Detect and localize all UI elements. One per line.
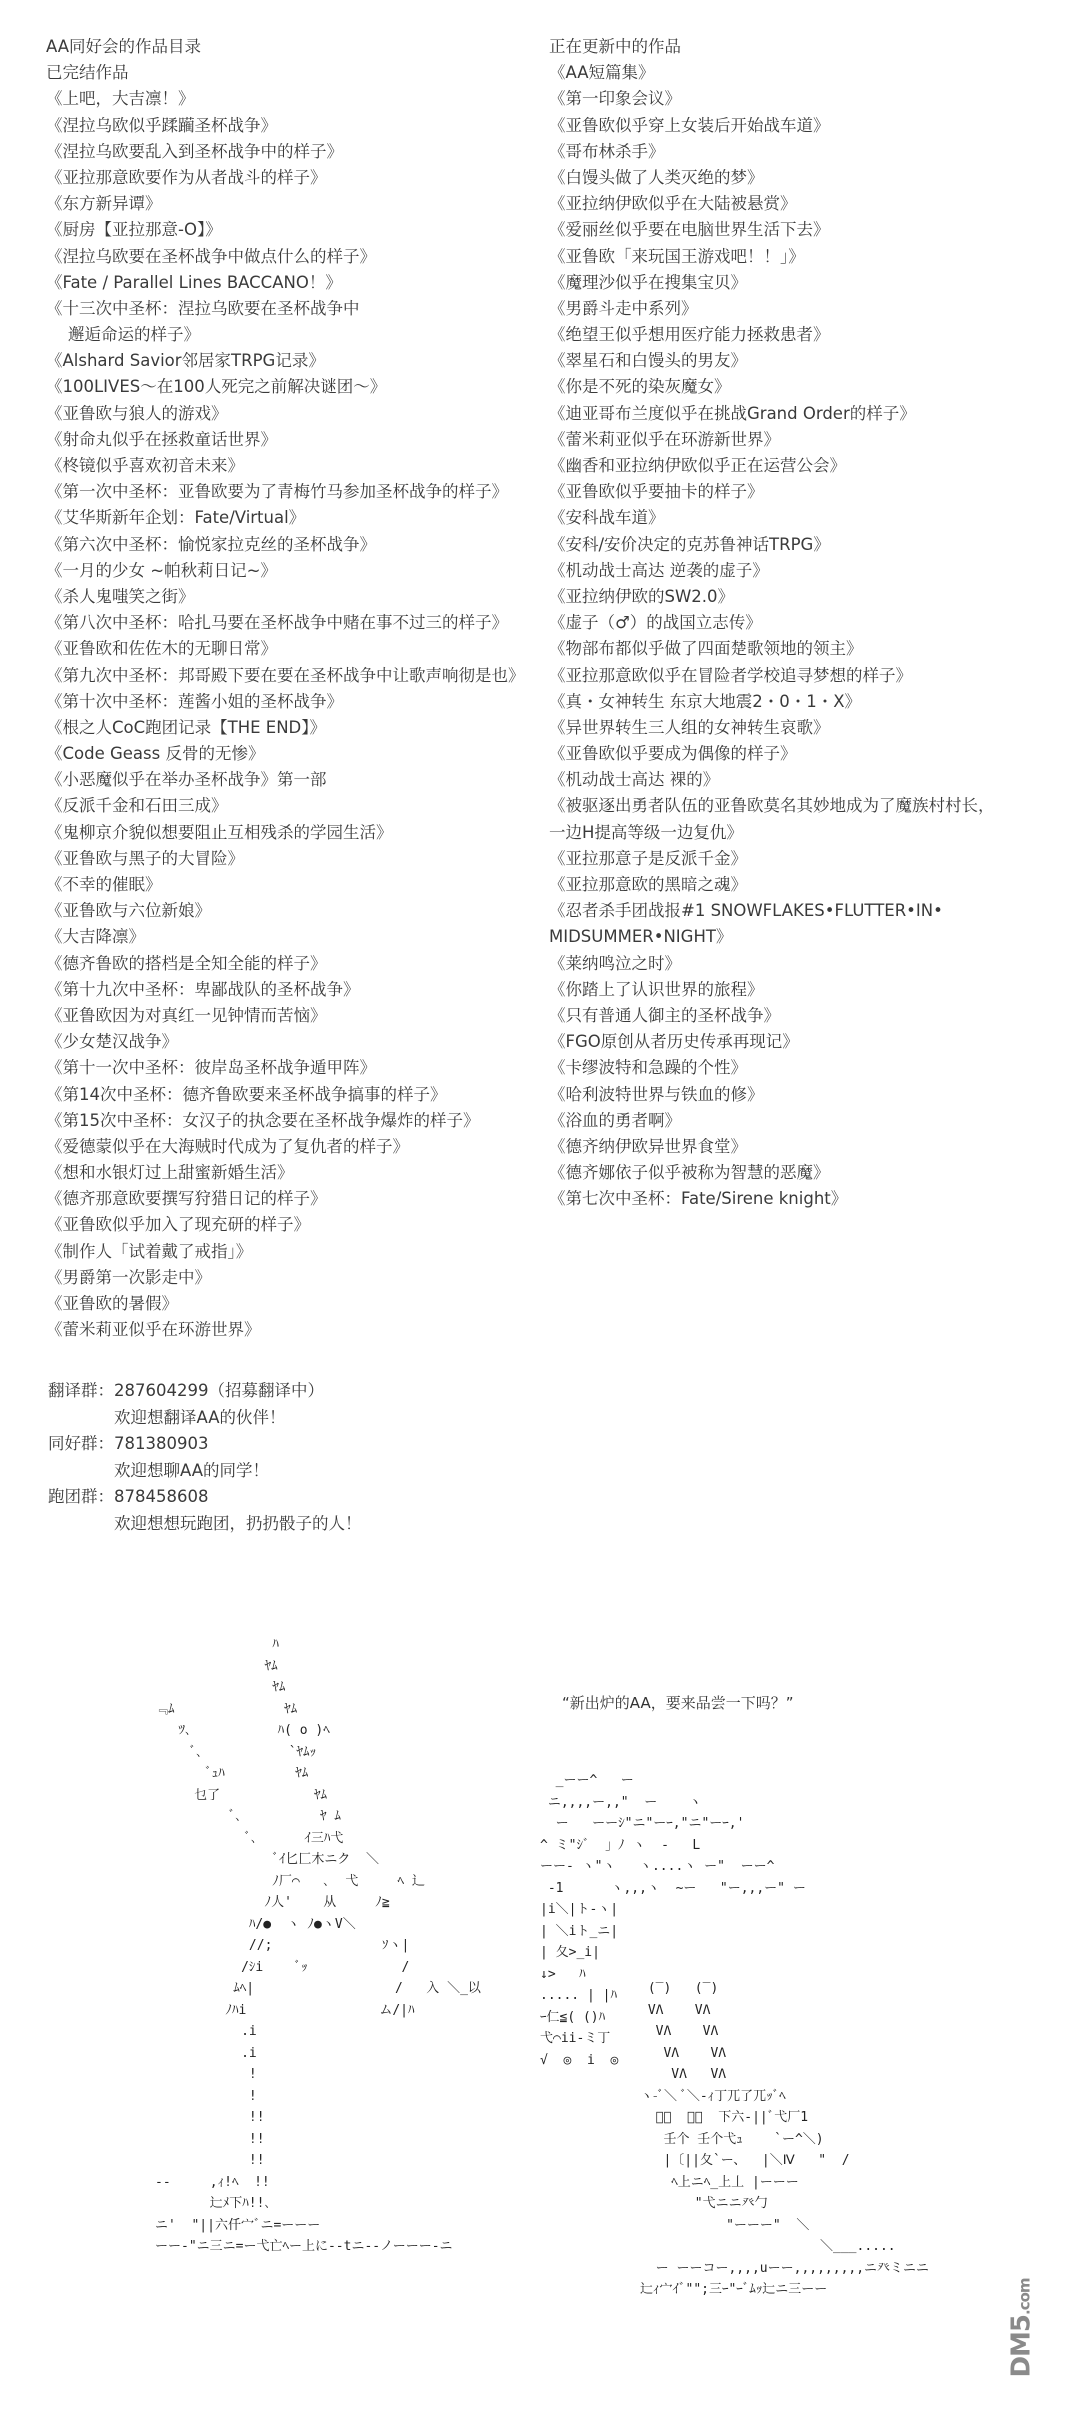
site-watermark-logo: DM5.com — [1022, 2258, 1062, 2398]
work-title: 《柊镜似乎喜欢初音未来》 — [46, 453, 525, 479]
work-title: 《亚拉那意子是反派千金》 — [549, 846, 995, 872]
work-title: 《幽香和亚拉纳伊欧似乎正在运营公会》 — [549, 453, 995, 479]
work-title: 《十三次中圣杯：涅拉乌欧要在圣杯战争中 — [46, 296, 525, 322]
work-title: 《鬼柳京介貌似想要阻止互相残杀的学园生活》 — [46, 820, 525, 846]
work-title: 《哥布林杀手》 — [549, 139, 995, 165]
work-title: 《第14次中圣杯：德齐鲁欧要来圣杯战争搞事的样子》 — [46, 1082, 525, 1108]
contact-trpg: 跑团群：878458608 欢迎想想玩跑团，扔扔骰子的人！ — [48, 1484, 362, 1537]
work-title: 《德齐娜依子似乎被称为智慧的恶魔》 — [549, 1160, 995, 1186]
work-title: 《安科战车道》 — [549, 505, 995, 531]
work-title: 《涅拉乌欧似乎蹂躏圣杯战争》 — [46, 113, 525, 139]
work-title: 《小恶魔似乎在举办圣杯战争》第一部 — [46, 767, 525, 793]
work-title: 《亚鲁欧与狼人的游戏》 — [46, 401, 525, 427]
work-title: 《虚子（♂）的战国立志传》 — [549, 610, 995, 636]
updating-heading: 正在更新中的作品 — [549, 34, 995, 60]
work-title: 《艾华斯新年企划：Fate/Virtual》 — [46, 505, 525, 531]
ascii-art-character-tree: ﾊ ﾔﾑ ﾔﾑ ﹃ﾑ ﾔﾑ ﾂ､ ﾊ( o )ﾍ ﾞ､ `ﾔﾑｯ ﾞｭﾊ ﾔﾑ … — [155, 1634, 481, 2258]
work-title: 《绝望王似乎想用医疗能力拯救患者》 — [549, 322, 995, 348]
work-title: 《翠星石和白馒头的男友》 — [549, 348, 995, 374]
work-title: 《第七次中圣杯：Fate/Sirene knight》 — [549, 1186, 995, 1212]
work-title: MIDSUMMER•NIGHT》 — [549, 924, 995, 950]
work-title: 《涅拉乌欧要在圣杯战争中做点什么的样子》 — [46, 244, 525, 270]
work-title: 《白馒头做了人类灭绝的梦》 — [549, 165, 995, 191]
work-title: 《哈利波特世界与铁血的修》 — [549, 1082, 995, 1108]
completed-heading: 已完结作品 — [46, 60, 525, 86]
work-title: 《射命丸似乎在拯救童话世界》 — [46, 427, 525, 453]
work-title: 《亚鲁欧「来玩国王游戏吧！！」》 — [549, 244, 995, 270]
work-title: 《反派千金和石田三成》 — [46, 793, 525, 819]
completed-works-list: 《上吧，大吉凛！》《涅拉乌欧似乎蹂躏圣杯战争》《涅拉乌欧要乱入到圣杯战争中的样子… — [46, 86, 525, 1343]
updating-works-column: 正在更新中的作品 《AA短篇集》《第一印象会议》《亚鲁欧似乎穿上女装后开始战车道… — [549, 34, 995, 1212]
work-title: 《蕾米莉亚似乎在环游世界》 — [46, 1317, 525, 1343]
work-title: 《想和水银灯过上甜蜜新婚生活》 — [46, 1160, 525, 1186]
contact-note: 欢迎想聊AA的同学！ — [48, 1458, 362, 1485]
work-title: 《只有普通人御主的圣杯战争》 — [549, 1003, 995, 1029]
contact-number: 287604299（招募翻译中） — [114, 1381, 324, 1400]
work-title: 《Code Geass 反骨的无惨》 — [46, 741, 525, 767]
work-title: 《大吉降凛》 — [46, 924, 525, 950]
contact-label: 同好群： — [48, 1431, 114, 1458]
work-title: 《第一印象会议》 — [549, 86, 995, 112]
work-title: 《亚鲁欧似乎要成为偶像的样子》 — [549, 741, 995, 767]
work-title: 《上吧，大吉凛！》 — [46, 86, 525, 112]
contact-translation: 翻译群：287604299（招募翻译中） 欢迎想翻译AA的伙伴！ — [48, 1378, 362, 1431]
catalog-title: AA同好会的作品目录 — [46, 34, 525, 60]
work-title: 《东方新异谭》 — [46, 191, 525, 217]
work-title: 《厨房【亚拉那意-O】》 — [46, 217, 525, 243]
work-title: 《亚鲁欧似乎穿上女装后开始战车道》 — [549, 113, 995, 139]
work-title: 《被驱逐出勇者队伍的亚鲁欧莫名其妙地成为了魔族村村长， — [549, 793, 995, 819]
work-title: 《亚拉纳伊欧的SW2.0》 — [549, 584, 995, 610]
work-title: 《安科/安价决定的克苏鲁神话TRPG》 — [549, 532, 995, 558]
work-title: 《机动战士高达 裸的》 — [549, 767, 995, 793]
work-title: 《浴血的勇者啊》 — [549, 1108, 995, 1134]
work-title: 《亚拉那意欧的黑暗之魂》 — [549, 872, 995, 898]
ascii-art-owls: (‾) (‾) VΛ VΛ VΛ VΛ VΛ VΛ VΛ VΛ ヽ-ﾞ＼ ﾞ＼-… — [640, 1978, 929, 2301]
work-title: 邂逅命运的样子》 — [46, 322, 525, 348]
contact-label: 翻译群： — [48, 1378, 114, 1405]
work-title: 《男爵斗走中系列》 — [549, 296, 995, 322]
contact-number: 781380903 — [114, 1434, 208, 1453]
completed-works-column: AA同好会的作品目录 已完结作品 《上吧，大吉凛！》《涅拉乌欧似乎蹂躏圣杯战争》… — [46, 34, 525, 1343]
work-title: 《制作人「试着戴了戒指」》 — [46, 1239, 525, 1265]
work-title: 《迪亚哥布兰度似乎在挑战Grand Order的样子》 — [549, 401, 995, 427]
contact-number: 878458608 — [114, 1487, 208, 1506]
work-title: 《Fate / Parallel Lines BACCANO！》 — [46, 270, 525, 296]
work-title: 《爱德蒙似乎在大海贼时代成为了复仇者的样子》 — [46, 1134, 525, 1160]
work-title: 《莱纳鸣泣之时》 — [549, 951, 995, 977]
work-title: 《FGO原创从者历史传承再现记》 — [549, 1029, 995, 1055]
work-title: 《第十九次中圣杯：卑鄙战队的圣杯战争》 — [46, 977, 525, 1003]
work-title: 《AA短篇集》 — [549, 60, 995, 86]
contact-label: 跑团群： — [48, 1484, 114, 1511]
updating-works-list: 《AA短篇集》《第一印象会议》《亚鲁欧似乎穿上女装后开始战车道》《哥布林杀手》《… — [549, 60, 995, 1212]
work-title: 《你是不死的染灰魔女》 — [549, 374, 995, 400]
work-title: 《德齐那意欧要撰写狩猎日记的样子》 — [46, 1186, 525, 1212]
work-title: 《一月的少女 ~帕秋莉日记~》 — [46, 558, 525, 584]
work-title: 《少女楚汉战争》 — [46, 1029, 525, 1055]
work-title: 《魔理沙似乎在搜集宝贝》 — [549, 270, 995, 296]
contact-fans: 同好群：781380903 欢迎想聊AA的同学！ — [48, 1431, 362, 1484]
work-title: 《真・女神转生 东京大地震2・0・1・X》 — [549, 689, 995, 715]
work-title: 《100LIVES～在100人死完之前解决谜团～》 — [46, 374, 525, 400]
work-title: 《亚鲁欧与黑子的大冒险》 — [46, 846, 525, 872]
work-title: 《德齐鲁欧的搭档是全知全能的样子》 — [46, 951, 525, 977]
work-title: 《亚拉那意欧要作为从者战斗的样子》 — [46, 165, 525, 191]
work-title: 《亚拉那意欧似乎在冒险者学校追寻梦想的样子》 — [549, 663, 995, 689]
work-title: 《第一次中圣杯：亚鲁欧要为了青梅竹马参加圣杯战争的样子》 — [46, 479, 525, 505]
work-title: 《亚拉纳伊欧似乎在大陆被悬赏》 — [549, 191, 995, 217]
work-title: 《物部布都似乎做了四面楚歌领地的领主》 — [549, 636, 995, 662]
work-title: 《第六次中圣杯：愉悦家拉克丝的圣杯战争》 — [46, 532, 525, 558]
work-title: 《第15次中圣杯：女汉子的执念要在圣杯战争爆炸的样子》 — [46, 1108, 525, 1134]
work-title: 《第九次中圣杯：邦哥殿下要在要在圣杯战争中让歌声响彻是也》 — [46, 663, 525, 689]
work-title: 《亚鲁欧似乎要抽卡的样子》 — [549, 479, 995, 505]
work-title: 《爱丽丝似乎要在电脑世界生活下去》 — [549, 217, 995, 243]
work-title: 《亚鲁欧因为对真红一见钟情而苦恼》 — [46, 1003, 525, 1029]
watermark-text: DM5.com — [1007, 2278, 1037, 2377]
contact-note: 欢迎想想玩跑团，扔扔骰子的人！ — [48, 1511, 362, 1538]
work-title: 《你踏上了认识世界的旅程》 — [549, 977, 995, 1003]
work-title: 《异世界转生三人组的女神转生哀歌》 — [549, 715, 995, 741]
work-title: 《亚鲁欧和佐佐木的无聊日常》 — [46, 636, 525, 662]
work-title: 《第十次中圣杯：莲酱小姐的圣杯战争》 — [46, 689, 525, 715]
contact-note: 欢迎想翻译AA的伙伴！ — [48, 1405, 362, 1432]
work-title: 《亚鲁欧的暑假》 — [46, 1291, 525, 1317]
work-title: 《卡缪波特和急躁的个性》 — [549, 1055, 995, 1081]
work-title: 《蕾米莉亚似乎在环游新世界》 — [549, 427, 995, 453]
work-title: 《男爵第一次影走中》 — [46, 1265, 525, 1291]
work-title: 《不幸的催眠》 — [46, 872, 525, 898]
work-title: 《Alshard Savior邻居家TRPG记录》 — [46, 348, 525, 374]
work-title: 《根之人CoC跑团记录【THE END】》 — [46, 715, 525, 741]
group-contacts: 翻译群：287604299（招募翻译中） 欢迎想翻译AA的伙伴！ 同好群：781… — [48, 1378, 362, 1537]
work-title: 《杀人鬼嗤笑之街》 — [46, 584, 525, 610]
ascii-art-caption: “新出炉的AA，要来品尝一下吗？” — [562, 1692, 793, 1713]
work-title: 《亚鲁欧似乎加入了现充研的样子》 — [46, 1212, 525, 1238]
work-title: 《忍者杀手团战报#1 SNOWFLAKES•FLUTTER•IN• — [549, 898, 995, 924]
work-title: 《机动战士高达 逆袭的虚子》 — [549, 558, 995, 584]
work-title: 《第十一次中圣杯：彼岸岛圣杯战争遁甲阵》 — [46, 1055, 525, 1081]
work-title: 《涅拉乌欧要乱入到圣杯战争中的样子》 — [46, 139, 525, 165]
work-title: 《德齐纳伊欧异世界食堂》 — [549, 1134, 995, 1160]
work-title: 《亚鲁欧与六位新娘》 — [46, 898, 525, 924]
work-title: 《第八次中圣杯：哈扎马要在圣杯战争中赌在事不过三的样子》 — [46, 610, 525, 636]
work-title: 一边H提高等级一边复仇》 — [549, 820, 995, 846]
